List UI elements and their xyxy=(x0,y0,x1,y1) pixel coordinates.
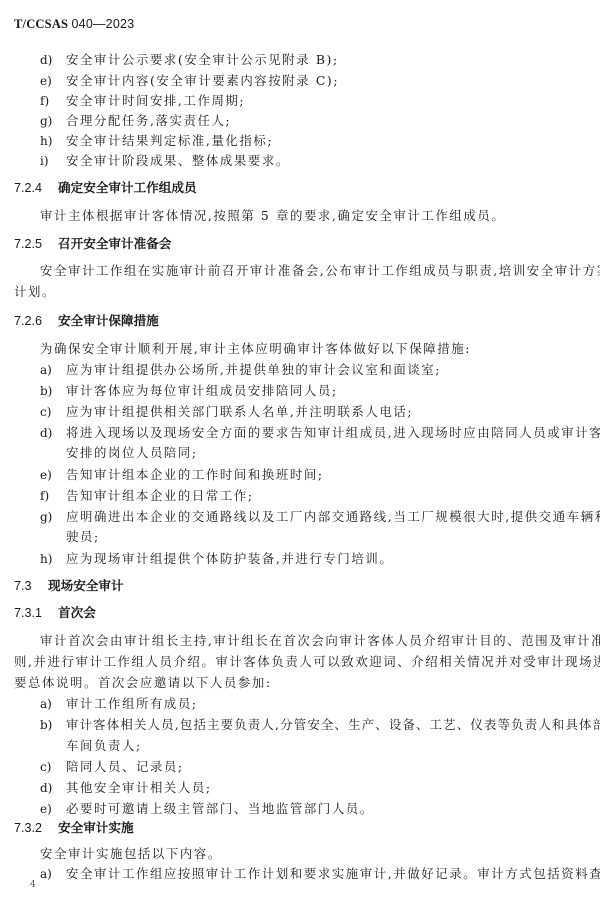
section-number: 7.3.1 xyxy=(14,605,58,621)
section-number: 7.3 xyxy=(14,578,48,594)
list-item-text: 审计工作组所有成员; xyxy=(66,696,198,712)
list-item-text: 告知审计组本企业的工作时间和换班时间; xyxy=(66,467,324,483)
paragraph-line: 则,并进行审计工作组人员介绍。审计客体负责人可以致欢迎词、介绍相关情况并对受审计… xyxy=(14,654,600,670)
list-item-continuation: 车间负责人; xyxy=(66,738,142,754)
list-item-label: a) xyxy=(40,866,52,882)
list-item-label: e) xyxy=(40,467,52,483)
paragraph: 为确保安全审计顺利开展,审计主体应明确审计客体做好以下保障措施: xyxy=(40,341,471,357)
standard-code-prefix: T/CCSAS xyxy=(14,17,68,31)
list-item-label: d) xyxy=(40,52,52,68)
list-item-label: c) xyxy=(40,404,51,420)
list-item-text: 应为审计组提供办公场所,并提供单独的审计会议室和面谈室; xyxy=(66,362,441,378)
section-number: 7.2.5 xyxy=(14,236,58,252)
standard-code-number: 040—2023 xyxy=(72,17,135,31)
list-item-text: 应明确进出本企业的交通路线以及工厂内部交通路线,当工厂规模很大时,提供交通车辆和… xyxy=(66,509,600,525)
section-heading-7-2-6: 7.2.6安全审计保障措施 xyxy=(14,313,159,329)
list-item-label: d) xyxy=(40,425,52,441)
paragraph-line: 安全审计工作组在实施审计前召开审计准备会,公布审计工作组成员与职责,培训安全审计… xyxy=(40,263,600,279)
list-item-text: 必要时可邀请上级主管部门、当地监管部门人员。 xyxy=(66,801,374,817)
list-item-label: e) xyxy=(40,73,52,89)
list-item-text: 告知审计组本企业的日常工作; xyxy=(66,488,254,504)
standard-code: T/CCSAS 040—2023 xyxy=(14,17,134,32)
list-item-label: e) xyxy=(40,801,52,817)
section-heading-7-2-4: 7.2.4确定安全审计工作组成员 xyxy=(14,180,197,196)
paragraph-line: 计划。 xyxy=(14,284,56,300)
section-number: 7.3.2 xyxy=(14,820,58,836)
list-item-label: g) xyxy=(40,113,52,129)
paragraph: 安全审计实施包括以下内容。 xyxy=(40,846,222,862)
list-item-text: 安全审计工作组应按照审计工作计划和要求实施审计,并做好记录。审计方式包括资料查看… xyxy=(66,866,600,882)
list-item-label: b) xyxy=(40,717,52,733)
list-item-text: 审计客体应为每位审计组成员安排陪同人员; xyxy=(66,383,338,399)
list-item-label: f) xyxy=(40,488,49,504)
list-item-text: 陪同人员、记录员; xyxy=(66,759,184,775)
section-heading-7-3: 7.3现场安全审计 xyxy=(14,578,124,594)
paragraph: 审计主体根据审计客体情况,按照第 5 章的要求,确定安全审计工作组成员。 xyxy=(40,208,505,224)
section-heading-7-2-5: 7.2.5召开安全审计准备会 xyxy=(14,236,171,252)
list-item-label: b) xyxy=(40,383,52,399)
page-number: 4 xyxy=(30,880,36,890)
list-item-label: i) xyxy=(40,153,49,169)
list-item-label: g) xyxy=(40,509,52,525)
list-item-text: 安全审计时间安排,工作周期; xyxy=(66,93,245,109)
section-number: 7.2.6 xyxy=(14,313,58,329)
section-title: 安全审计保障措施 xyxy=(58,313,159,328)
list-item-text: 将进入现场以及现场安全方面的要求告知审计组成员,进入现场时应由陪同人员或审计客体 xyxy=(66,425,600,441)
list-item-label: d) xyxy=(40,780,52,796)
paragraph-line: 审计首次会由审计组长主持,审计组长在首次会向审计客体人员介绍审计目的、范围及审计… xyxy=(40,633,600,649)
list-item-text: 其他安全审计相关人员; xyxy=(66,780,212,796)
section-title: 召开安全审计准备会 xyxy=(58,236,171,251)
list-item-label: a) xyxy=(40,362,52,378)
section-title: 安全审计实施 xyxy=(58,820,134,835)
list-item-text: 审计客体相关人员,包括主要负责人,分管安全、生产、设备、工艺、仪表等负责人和具体… xyxy=(66,717,600,733)
list-item-text: 应为现场审计组提供个体防护装备,并进行专门培训。 xyxy=(66,551,393,567)
list-item-label: c) xyxy=(40,759,51,775)
list-item-label: h) xyxy=(40,551,52,567)
list-item-continuation: 驶员; xyxy=(66,529,100,545)
paragraph-line: 要总体说明。首次会应邀请以下人员参加: xyxy=(14,675,272,691)
section-title: 确定安全审计工作组成员 xyxy=(58,180,197,195)
section-title: 现场安全审计 xyxy=(48,578,124,593)
section-number: 7.2.4 xyxy=(14,180,58,196)
list-item-label: a) xyxy=(40,696,52,712)
list-item-label: h) xyxy=(40,133,52,149)
section-heading-7-3-2: 7.3.2安全审计实施 xyxy=(14,820,134,836)
document-page: T/CCSAS 040—2023 d) 安全审计公示要求(安全审计公示见附录 B… xyxy=(0,0,600,897)
list-item-text: 应为审计组提供相关部门联系人名单,并注明联系人电话; xyxy=(66,404,413,420)
list-item-text: 安全审计公示要求(安全审计公示见附录 B); xyxy=(66,52,339,68)
list-item-text: 安全审计阶段成果、整体成果要求。 xyxy=(66,153,290,169)
list-item-continuation: 安排的岗位人员陪同; xyxy=(66,445,198,461)
section-title: 首次会 xyxy=(58,605,96,620)
list-item-label: f) xyxy=(40,93,49,109)
section-heading-7-3-1: 7.3.1首次会 xyxy=(14,605,96,621)
list-item-text: 合理分配任务,落实责任人; xyxy=(66,113,231,129)
list-item-text: 安全审计结果判定标准,量化指标; xyxy=(66,133,273,149)
list-item-text: 安全审计内容(安全审计要素内容按附录 C); xyxy=(66,73,339,89)
